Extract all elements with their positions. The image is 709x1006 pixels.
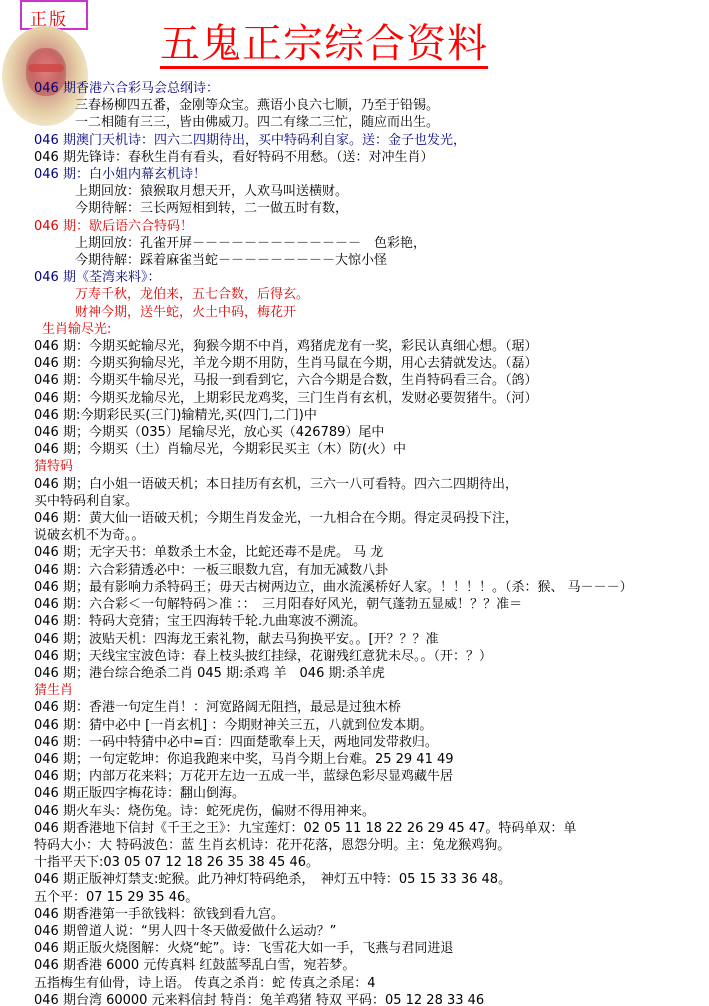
text-line: 财神今期，送牛蛇，火土中码，梅花开 xyxy=(34,304,704,321)
text-line: 046 期：猜中必中 [一肖玄机] ：今期财神关三五，八就到位发本期。 xyxy=(34,717,704,734)
text-line: 猜特码 xyxy=(34,458,704,475)
text-line: 046 期曾道人说：“男人四十冬天做爱做什么运动？” xyxy=(34,923,704,940)
text-line: 046 期；天线宝宝波色诗：春上枝头披红挂绿，花谢残红意犹未尽。。（开：？） xyxy=(34,648,704,665)
text-line: 046 期：白小姐内幕玄机诗！ xyxy=(34,166,704,183)
text-line: 046 期：黄大仙一语破天机；今期生肖发金光，一九相合在今期。得定灵码投下注， xyxy=(34,510,704,527)
text-line: 五指梅生有仙骨，诗上语。 传真之杀肖：蛇 传真之杀尾：4 xyxy=(34,975,704,992)
text-line: 046 期；内部万花来料；万花开左边一五成一半，蓝绿色彩尽显鸡藏牛居 xyxy=(34,768,704,785)
text-line: 生肖输尽光: xyxy=(34,321,704,338)
avatar-glasses xyxy=(28,64,64,72)
text-line: 046 期；港台综合绝杀二肖 045 期:杀鸡 羊 046 期:杀羊虎 xyxy=(34,665,704,682)
text-line: 046 期：一码中特猜中必中=百：四面楚歌奉上天，两地同发带救归。 xyxy=(34,734,704,751)
text-line: 上期回放：猿猴取月想天开，人欢马叫送横财。 xyxy=(34,183,704,200)
text-line: 046 期；无字天书：单数杀土木金，比蛇还毒不是虎。 马 龙 xyxy=(34,544,704,561)
text-line: 046 期《荃湾来料》： xyxy=(34,269,704,286)
text-line: 046 期澳门天机诗：四六二四期待出，买中特码利自家。送：金子也发光， xyxy=(34,132,704,149)
text-line: 046 期；今期买（035）尾输尽光，放心买（426789）尾中 xyxy=(34,424,704,441)
text-line: 买中特码利自家。 xyxy=(34,493,704,510)
text-line: 046 期：今期买狗输尽光，羊龙今期不用防，生肖马鼠在今期，用心去猜就发达。（磊… xyxy=(34,355,704,372)
text-line: 046 期：六合彩＜一句解特码＞准 ：： 三月阳春好风光，朝气蓬勃五显威！？？准… xyxy=(34,596,704,613)
text-line: 五个平：07 15 29 35 46。 xyxy=(34,889,704,906)
text-line: 046 期香港六合彩马会总纲诗： xyxy=(34,80,704,97)
text-line: 046 期香港 6000 元传真料 红鼓蓝琴乱白雪，宛若梦。 xyxy=(34,957,704,974)
text-line: 今期待解：踩着麻雀当蛇－－－－－－－－－大惊小怪 xyxy=(34,252,704,269)
page-title: 五鬼正宗综合资料 xyxy=(160,22,488,69)
text-line: 046 期先锋诗：春秋生肖有看头，看好特码不用愁。（送：对冲生肖） xyxy=(34,149,704,166)
text-line: 046 期香港第一手欲钱料：欲钱到看九宫。 xyxy=(34,906,704,923)
text-line: 猜生肖 xyxy=(34,682,704,699)
text-line: 一二相随有三三，皆由佛威刀。四二有缘二三忙，随应而出生。 xyxy=(34,114,704,131)
text-line: 046 期：特码大竞猜；宝王四海转千轮.九曲寒波不溯流。 xyxy=(34,613,704,630)
text-line: 046 期火车头：烧伤兔。诗：蛇死虎伤，偏财不得用神来。 xyxy=(34,803,704,820)
text-line: 万寿千秋，龙伯来，五七合数，后得玄。 xyxy=(34,286,704,303)
text-line: 046 期；今期买（土）肖输尽光，今期彩民买主（木）防(火）中 xyxy=(34,441,704,458)
text-line: 046 期；波贴天机：四海龙王索礼物，献去马狗换平安。。[开？？？准 xyxy=(34,631,704,648)
text-line: 今期待解：三长两短相到转，二一做五时有数， xyxy=(34,200,704,217)
text-line: 046 期；白小姐一语破天机；本日挂历有玄机，三六一八可看特。四六二四期待出， xyxy=(34,476,704,493)
text-line: 046 期；一句定乾坤：你追我跑来中奖，马肖今期上台难。25 29 41 49 xyxy=(34,751,704,768)
text-line: 046 期：今期买牛输尽光，马报一到看到它，六合今期是合数，生肖特码看三合。（鸽… xyxy=(34,372,704,389)
text-line: 十指平天下:03 05 07 12 18 26 35 38 45 46。 xyxy=(34,854,704,871)
text-line: 046 期：歇后语六合特码！ xyxy=(34,218,704,235)
text-line: 046 期正版四字梅花诗：翻山倒海。 xyxy=(34,785,704,802)
text-line: 046 期香港地下信封《千王之王》：九宝莲灯：02 05 11 18 22 26… xyxy=(34,820,704,837)
text-line: 特码大小：大 特码波色：蓝 生肖玄机诗：花开花落，恩怨分明。主：兔龙猴鸡狗。 xyxy=(34,837,704,854)
text-line: 046 期：香港一句定生肖！：河宽路阔无阻挡，最忌是过独木桥 xyxy=(34,699,704,716)
text-line: 上期回放：孔雀开屏－－－－－－－－－－－－－ 色彩艳， xyxy=(34,235,704,252)
text-line: 046 期：六合彩猜透必中：一板三眼数九宫，有加无减数八卦 xyxy=(34,562,704,579)
version-badge: 正版 xyxy=(20,0,88,30)
text-line: 046 期:今期彩民买(三门)输精光,买(四门,二门)中 xyxy=(34,407,704,424)
text-line: 046 期：今期买龙输尽光，上期彩民龙鸡奖，三门生肖有玄机，发财必要贺猪牛。（河… xyxy=(34,390,704,407)
text-line: 046 期台湾 60000 元来料信封 特肖：兔羊鸡猪 特双 平码：05 12 … xyxy=(34,992,704,1006)
text-line: 三春杨柳四五番，金刚等众宝。燕语小良六七顺，乃至于铅锡。 xyxy=(34,97,704,114)
text-line: 046 期：今期买蛇输尽光，狗猴今期不中肖，鸡猪虎龙有一奖，彩民认真细心想。（琚… xyxy=(34,338,704,355)
text-line: 说破玄机不为奇。。 xyxy=(34,527,704,544)
text-line: 046 期正版火烧图解：火烧“蛇”。诗：飞雪花大如一手，飞燕与君同进退 xyxy=(34,940,704,957)
text-line: 046 期正版神灯禁支:蛇猴。此乃神灯特码绝杀， 神灯五中特：05 15 33 … xyxy=(34,871,704,888)
article-body: 046 期香港六合彩马会总纲诗：三春杨柳四五番，金刚等众宝。燕语小良六七顺，乃至… xyxy=(34,80,704,1006)
text-line: 046 期；最有影响力杀特码王；毋天古树两边立，曲水流溪桥好人家。！！！！。（杀… xyxy=(34,579,704,596)
